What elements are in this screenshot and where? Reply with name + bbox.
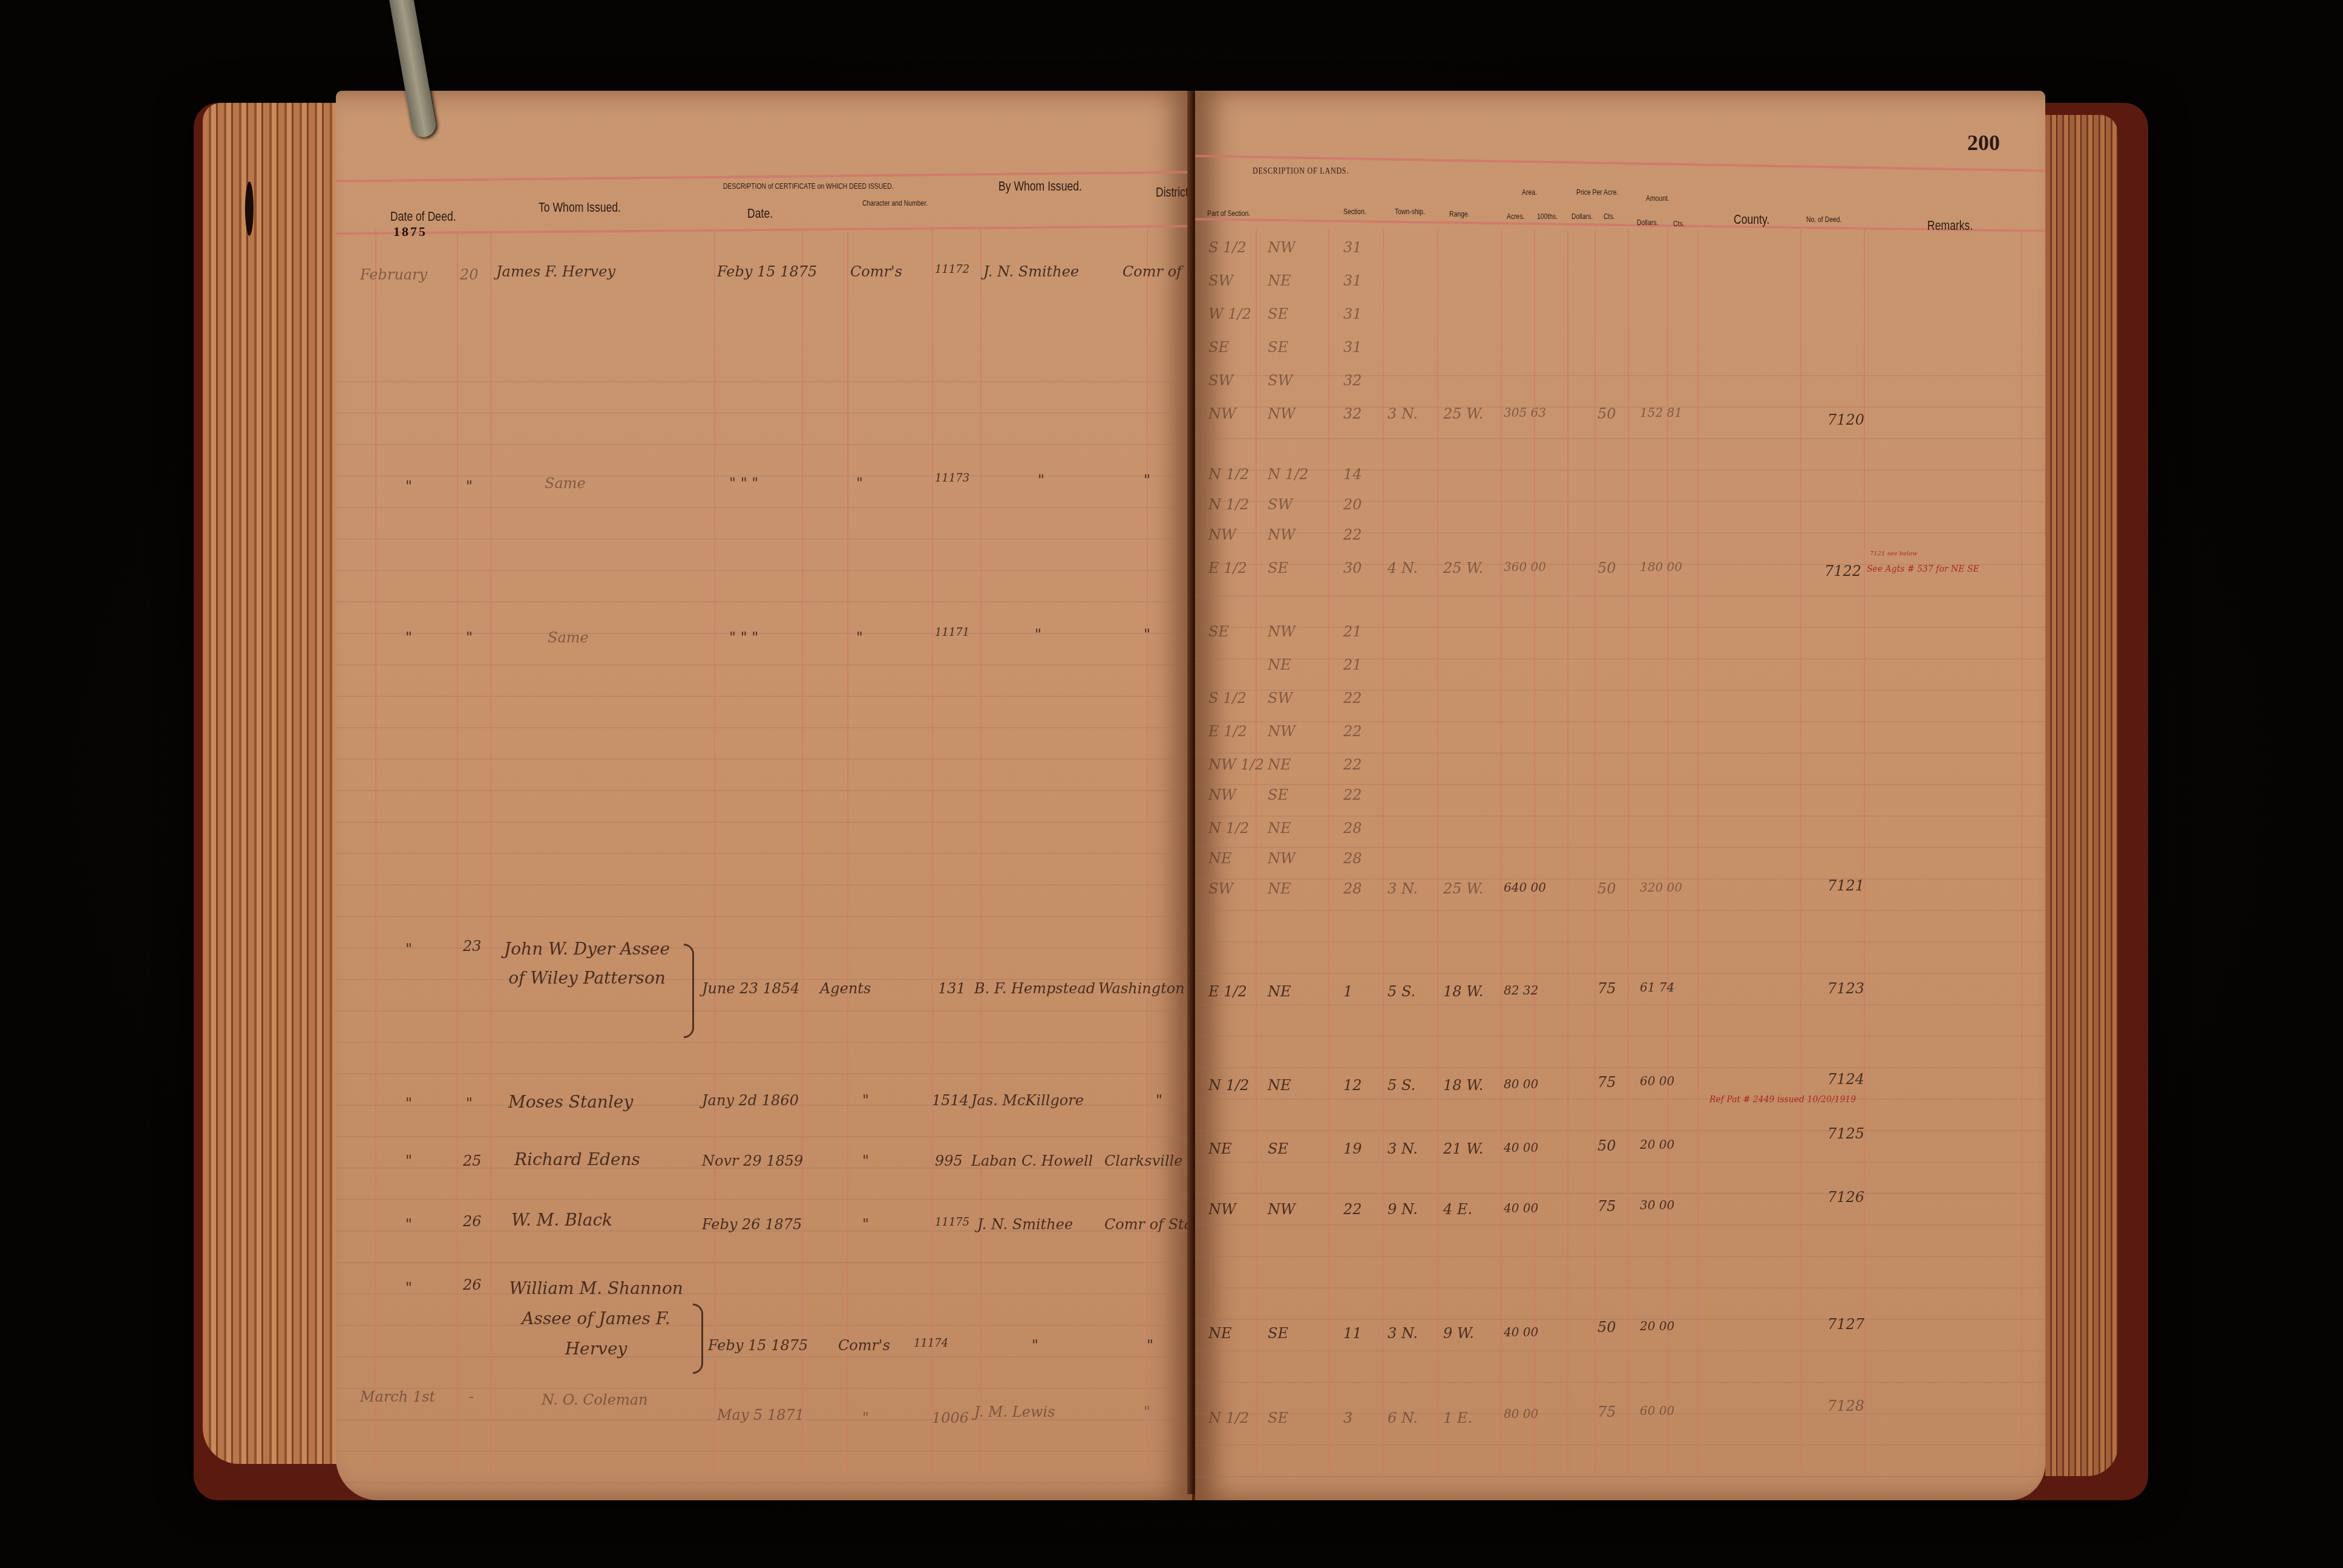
entry-by-whom: " <box>1035 626 1041 643</box>
entry-cert-date: Novr 29 1859 <box>702 1152 803 1169</box>
entry-by-whom: B. F. Hempstead <box>974 980 1095 997</box>
header-price-cents: Cts. <box>1604 212 1615 221</box>
township: 3 N. <box>1388 1140 1418 1157</box>
amount: 20 00 <box>1640 1137 1674 1152</box>
deed-number: 7125 <box>1827 1125 1864 1142</box>
deed-number: 7127 <box>1827 1316 1864 1333</box>
part-of-section: S 1/2 <box>1208 690 1247 707</box>
acres: 40 00 <box>1504 1325 1538 1339</box>
entry-character: " <box>856 475 863 492</box>
amount: 30 00 <box>1640 1198 1674 1212</box>
part-of-section: SE <box>1208 339 1229 356</box>
entry-month: " <box>405 629 412 646</box>
township: 5 S. <box>1388 1077 1415 1094</box>
entry-cert-date: Feby 15 1875 <box>708 1337 808 1354</box>
quarter: SE <box>1268 786 1288 803</box>
deed-number: 7124 <box>1827 1071 1864 1088</box>
section-number: 22 <box>1343 723 1362 740</box>
entry-name: Richard Edens <box>514 1149 640 1169</box>
section-number: 21 <box>1343 656 1362 673</box>
bracket-mark <box>684 944 694 1038</box>
quarter: N 1/2 <box>1268 466 1308 483</box>
remark-note: Ref Pat # 2449 issued 10/20/1919 <box>1709 1095 1856 1105</box>
quarter: SE <box>1268 1410 1288 1426</box>
acres: 640 00 <box>1504 880 1546 895</box>
quarter: SE <box>1268 339 1288 356</box>
township: 6 N. <box>1388 1410 1418 1426</box>
faint-row-lines <box>336 351 1192 1500</box>
part-of-section: N 1/2 <box>1208 1410 1249 1426</box>
section-number: 1 <box>1343 983 1352 1000</box>
entry-month: " <box>405 478 412 495</box>
deed-number: 7122 <box>1824 563 1861 580</box>
header-acres: Acres. <box>1507 212 1524 221</box>
range: 1 E. <box>1443 1410 1472 1426</box>
part-of-section: E 1/2 <box>1208 983 1247 1000</box>
section-number: 19 <box>1343 1140 1362 1157</box>
quarter: SE <box>1268 1325 1288 1342</box>
header-amount-dollars: Dollars. <box>1637 218 1658 227</box>
entry-name: Same <box>545 475 586 492</box>
part-of-section: NW <box>1208 786 1236 803</box>
entry-number: 11171 <box>935 626 969 639</box>
section-number: 28 <box>1343 850 1362 867</box>
part-of-section: NE <box>1208 1325 1232 1342</box>
quarter: NE <box>1268 880 1291 897</box>
acres: 80 00 <box>1504 1077 1538 1091</box>
acres: 40 00 <box>1504 1140 1538 1155</box>
price-per-acre: 50 <box>1597 405 1616 422</box>
section-number: 30 <box>1343 560 1362 577</box>
entry-number: 11173 <box>935 472 969 485</box>
header-certificate-group: DESCRIPTION of CERTIFICATE on WHICH DEED… <box>723 181 894 191</box>
entry-day: 26 <box>463 1276 482 1293</box>
entry-cert-date: " " " <box>729 629 758 646</box>
entry-by-whom: " <box>1038 472 1044 489</box>
amount: 320 00 <box>1640 880 1682 895</box>
acres: 40 00 <box>1504 1201 1538 1215</box>
part-of-section: SW <box>1208 272 1233 289</box>
section-number: 31 <box>1343 305 1362 322</box>
range: 25 W. <box>1443 405 1483 422</box>
entry-name: William M. Shannon Assee of James F. Her… <box>496 1273 696 1364</box>
entry-month: March 1st <box>360 1388 435 1405</box>
section-number: 28 <box>1343 880 1362 897</box>
bracket-mark <box>693 1304 703 1374</box>
quarter: SE <box>1268 305 1288 322</box>
range: 25 W. <box>1443 560 1483 577</box>
section-number: 3 <box>1343 1410 1352 1426</box>
entry-by-whom: " <box>1032 1337 1038 1354</box>
quarter: NE <box>1268 656 1291 673</box>
header-price-dollars: Dollars. <box>1571 212 1593 221</box>
entry-month: " <box>405 1152 412 1169</box>
quarter: NE <box>1268 1077 1291 1094</box>
entry-character: " <box>856 629 863 646</box>
entry-cert-date: Jany 2d 1860 <box>702 1092 799 1109</box>
header-bottom-rule <box>1195 218 2045 232</box>
quarter: NW <box>1268 850 1296 867</box>
page-number: 200 <box>1967 130 2000 155</box>
page-damage-mark <box>245 181 254 236</box>
entry-district: " <box>1147 1337 1153 1354</box>
section-number: 22 <box>1343 786 1362 803</box>
part-of-section: NE <box>1208 850 1232 867</box>
entry-character: " <box>862 1410 869 1426</box>
entry-district: Comr of Sta <box>1122 263 1192 280</box>
quarter: NW <box>1268 405 1296 422</box>
range: 9 W. <box>1443 1325 1474 1342</box>
entry-by-whom: Jas. McKillgore <box>971 1092 1084 1109</box>
part-of-section: SW <box>1208 880 1233 897</box>
entry-cert-date: " " " <box>729 475 758 492</box>
section-number: 22 <box>1343 756 1362 773</box>
township: 5 S. <box>1388 983 1415 1000</box>
amount: 60 00 <box>1640 1403 1674 1418</box>
header-bottom-rule <box>336 225 1192 235</box>
quarter: NW <box>1268 723 1296 740</box>
year-stamp: 1875 <box>393 224 427 240</box>
header-district: District. <box>1156 185 1191 200</box>
header-by-whom-issued: By Whom Issued. <box>998 178 1082 194</box>
entry-cert-date: Feby 26 1875 <box>702 1216 802 1233</box>
quarter: NE <box>1268 756 1291 773</box>
section-number: 20 <box>1343 496 1362 513</box>
quarter: NE <box>1268 272 1291 289</box>
header-section: Section. <box>1343 207 1366 216</box>
range: 25 W. <box>1443 880 1483 897</box>
quarter: SE <box>1268 1140 1288 1157</box>
entry-number: 995 <box>935 1152 963 1169</box>
deed-number: 7126 <box>1827 1189 1864 1206</box>
entry-character: " <box>862 1216 869 1233</box>
section-number: 31 <box>1343 339 1362 356</box>
entry-character: Agents <box>820 980 871 997</box>
section-number: 22 <box>1343 690 1362 707</box>
entry-month: " <box>405 1216 412 1233</box>
part-of-section: N 1/2 <box>1208 496 1249 513</box>
section-number: 32 <box>1343 405 1362 422</box>
entry-month: " <box>405 1095 412 1112</box>
entry-cert-date: May 5 1871 <box>717 1406 804 1423</box>
part-of-section: NE <box>1208 1140 1232 1157</box>
entry-character: " <box>862 1152 869 1169</box>
section-number: 22 <box>1343 526 1362 543</box>
entry-day: - <box>469 1388 474 1405</box>
entry-name: Moses Stanley <box>508 1092 633 1112</box>
part-of-section: S 1/2 <box>1208 239 1247 256</box>
entry-number: 11172 <box>935 263 969 276</box>
entry-day: " <box>466 1095 473 1112</box>
price-per-acre: 50 <box>1597 880 1616 897</box>
header-price-group: Price Per Acre. <box>1576 188 1618 197</box>
range: 4 E. <box>1443 1201 1472 1218</box>
deed-number: 7120 <box>1827 411 1864 428</box>
header-area-group: Area. <box>1522 188 1537 197</box>
entry-district: " <box>1156 1092 1162 1109</box>
quarter: SW <box>1268 690 1293 707</box>
quarter: NW <box>1268 1201 1296 1218</box>
acres: 360 00 <box>1504 560 1546 574</box>
acres: 82 32 <box>1504 983 1538 998</box>
header-amount-cents: Cts. <box>1673 219 1685 228</box>
township: 4 N. <box>1388 560 1418 577</box>
entry-by-whom: J. N. Smithee <box>977 1216 1073 1233</box>
entry-number: 11174 <box>914 1337 948 1350</box>
entry-number: 11175 <box>935 1216 969 1229</box>
entry-by-whom: J. M. Lewis <box>974 1403 1055 1420</box>
header-hundredths: 100ths. <box>1537 212 1558 221</box>
deed-number: 7128 <box>1827 1397 1864 1414</box>
township: 3 N. <box>1388 880 1418 897</box>
part-of-section: SW <box>1208 372 1233 389</box>
part-of-section: N 1/2 <box>1208 1077 1249 1094</box>
header-cert-date: Date. <box>747 206 773 221</box>
faint-row-lines <box>1195 345 2045 1500</box>
part-of-section: NW <box>1208 405 1236 422</box>
quarter: NW <box>1268 526 1296 543</box>
left-page: Date of Deed. 1875 To Whom Issued. DESCR… <box>336 91 1192 1500</box>
quarter: NE <box>1268 820 1291 837</box>
entry-number: 1006 <box>932 1410 969 1426</box>
entry-district: " <box>1144 472 1150 489</box>
entry-month: February <box>360 266 427 283</box>
entry-by-whom: J. N. Smithee <box>983 263 1079 280</box>
section-number: 28 <box>1343 820 1362 837</box>
price-per-acre: 75 <box>1597 1403 1616 1420</box>
header-character-number: Character and Number. <box>862 198 928 207</box>
range: 18 W. <box>1443 983 1483 1000</box>
part-of-section: NW <box>1208 526 1236 543</box>
header-part-of-section: Part of Section. <box>1207 209 1250 218</box>
entry-name: John W. Dyer Assee of Wiley Patterson <box>496 935 678 993</box>
price-per-acre: 50 <box>1597 560 1616 577</box>
header-no-of-deed: No. of Deed. <box>1806 215 1841 224</box>
section-number: 31 <box>1343 272 1362 289</box>
amount: 60 00 <box>1640 1074 1674 1088</box>
entry-district: Clarksville <box>1104 1152 1182 1169</box>
part-of-section: W 1/2 <box>1208 305 1251 322</box>
left-page-edges <box>203 103 342 1464</box>
right-page: 200 DESCRIPTION OF LANDS. Part of Sectio… <box>1195 91 2045 1500</box>
price-per-acre: 75 <box>1597 1074 1616 1091</box>
amount: 180 00 <box>1640 560 1682 574</box>
price-per-acre: 75 <box>1597 1198 1616 1215</box>
quarter: NE <box>1268 983 1291 1000</box>
entry-name: N. O. Coleman <box>542 1391 647 1408</box>
section-number: 14 <box>1343 466 1362 483</box>
remark-note: See Agts # 537 for NE SE <box>1867 564 1979 574</box>
entry-month: " <box>405 1279 412 1296</box>
entry-district: Washington <box>1098 980 1185 997</box>
entry-name: Same <box>548 629 589 646</box>
entry-name: W. M. Black <box>511 1210 612 1230</box>
part-of-section: NW <box>1208 1201 1236 1218</box>
section-number: 12 <box>1343 1077 1362 1094</box>
header-to-whom-issued: To Whom Issued. <box>539 200 621 215</box>
quarter: SW <box>1268 496 1293 513</box>
entry-number: 1514 <box>932 1092 969 1109</box>
part-of-section: N 1/2 <box>1208 466 1249 483</box>
range: 18 W. <box>1443 1077 1483 1094</box>
part-of-section: SE <box>1208 623 1229 640</box>
entry-name: James F. Hervey <box>496 263 615 280</box>
entry-day: 26 <box>463 1213 482 1230</box>
quarter: SW <box>1268 372 1293 389</box>
quarter: SE <box>1268 560 1288 577</box>
entry-character: " <box>862 1092 869 1109</box>
quarter: NW <box>1268 239 1296 256</box>
acres: 80 00 <box>1504 1406 1538 1421</box>
right-page-edges <box>2045 115 2118 1476</box>
header-range: Range. <box>1449 209 1470 218</box>
acres: 305 63 <box>1504 405 1546 420</box>
entry-district: " <box>1144 1403 1150 1420</box>
header-remarks: Remarks. <box>1927 218 1973 234</box>
amount: 61 74 <box>1640 980 1674 995</box>
header-lands-group: DESCRIPTION OF LANDS. <box>1253 166 1349 177</box>
entry-day: 20 <box>460 266 479 283</box>
section-number: 31 <box>1343 239 1362 256</box>
section-number: 11 <box>1343 1325 1362 1342</box>
header-amount-group: Amount. <box>1646 194 1670 203</box>
township: 9 N. <box>1388 1201 1418 1218</box>
township: 3 N. <box>1388 405 1418 422</box>
entry-month: " <box>405 941 412 958</box>
part-of-section: E 1/2 <box>1208 560 1247 577</box>
entry-district: Comr of Sta <box>1104 1216 1192 1233</box>
header-county: County. <box>1734 212 1769 227</box>
entry-day: " <box>466 629 473 646</box>
section-number: 32 <box>1343 372 1362 389</box>
entry-character: Comr's <box>838 1337 890 1354</box>
entry-number: 131 <box>938 980 966 997</box>
entry-character: Comr's <box>850 263 902 280</box>
range: 21 W. <box>1443 1140 1483 1157</box>
part-of-section: NW 1/2 <box>1208 756 1264 773</box>
entry-day: 25 <box>463 1152 482 1169</box>
part-of-section: E 1/2 <box>1208 723 1247 740</box>
header-date-of-deed: Date of Deed. <box>390 209 456 224</box>
price-per-acre: 75 <box>1597 980 1616 997</box>
entry-district: " <box>1144 626 1150 643</box>
section-number: 22 <box>1343 1201 1362 1218</box>
section-number: 21 <box>1343 623 1362 640</box>
entry-day: 23 <box>463 938 482 955</box>
remark-note: 7121 see below <box>1870 550 1918 557</box>
entry-day: " <box>466 478 473 495</box>
deed-number: 7123 <box>1827 980 1864 997</box>
part-of-section: N 1/2 <box>1208 820 1249 837</box>
entry-by-whom: Laban C. Howell <box>971 1152 1093 1169</box>
entry-cert-date: Feby 15 1875 <box>717 263 817 280</box>
entry-cert-date: June 23 1854 <box>702 980 800 997</box>
header-township: Town-ship. <box>1395 207 1425 216</box>
amount: 20 00 <box>1640 1319 1674 1333</box>
township: 3 N. <box>1388 1325 1418 1342</box>
amount: 152 81 <box>1640 405 1682 420</box>
price-per-acre: 50 <box>1597 1137 1616 1154</box>
quarter: NW <box>1268 623 1296 640</box>
deed-number: 7121 <box>1827 877 1864 894</box>
price-per-acre: 50 <box>1597 1319 1616 1336</box>
